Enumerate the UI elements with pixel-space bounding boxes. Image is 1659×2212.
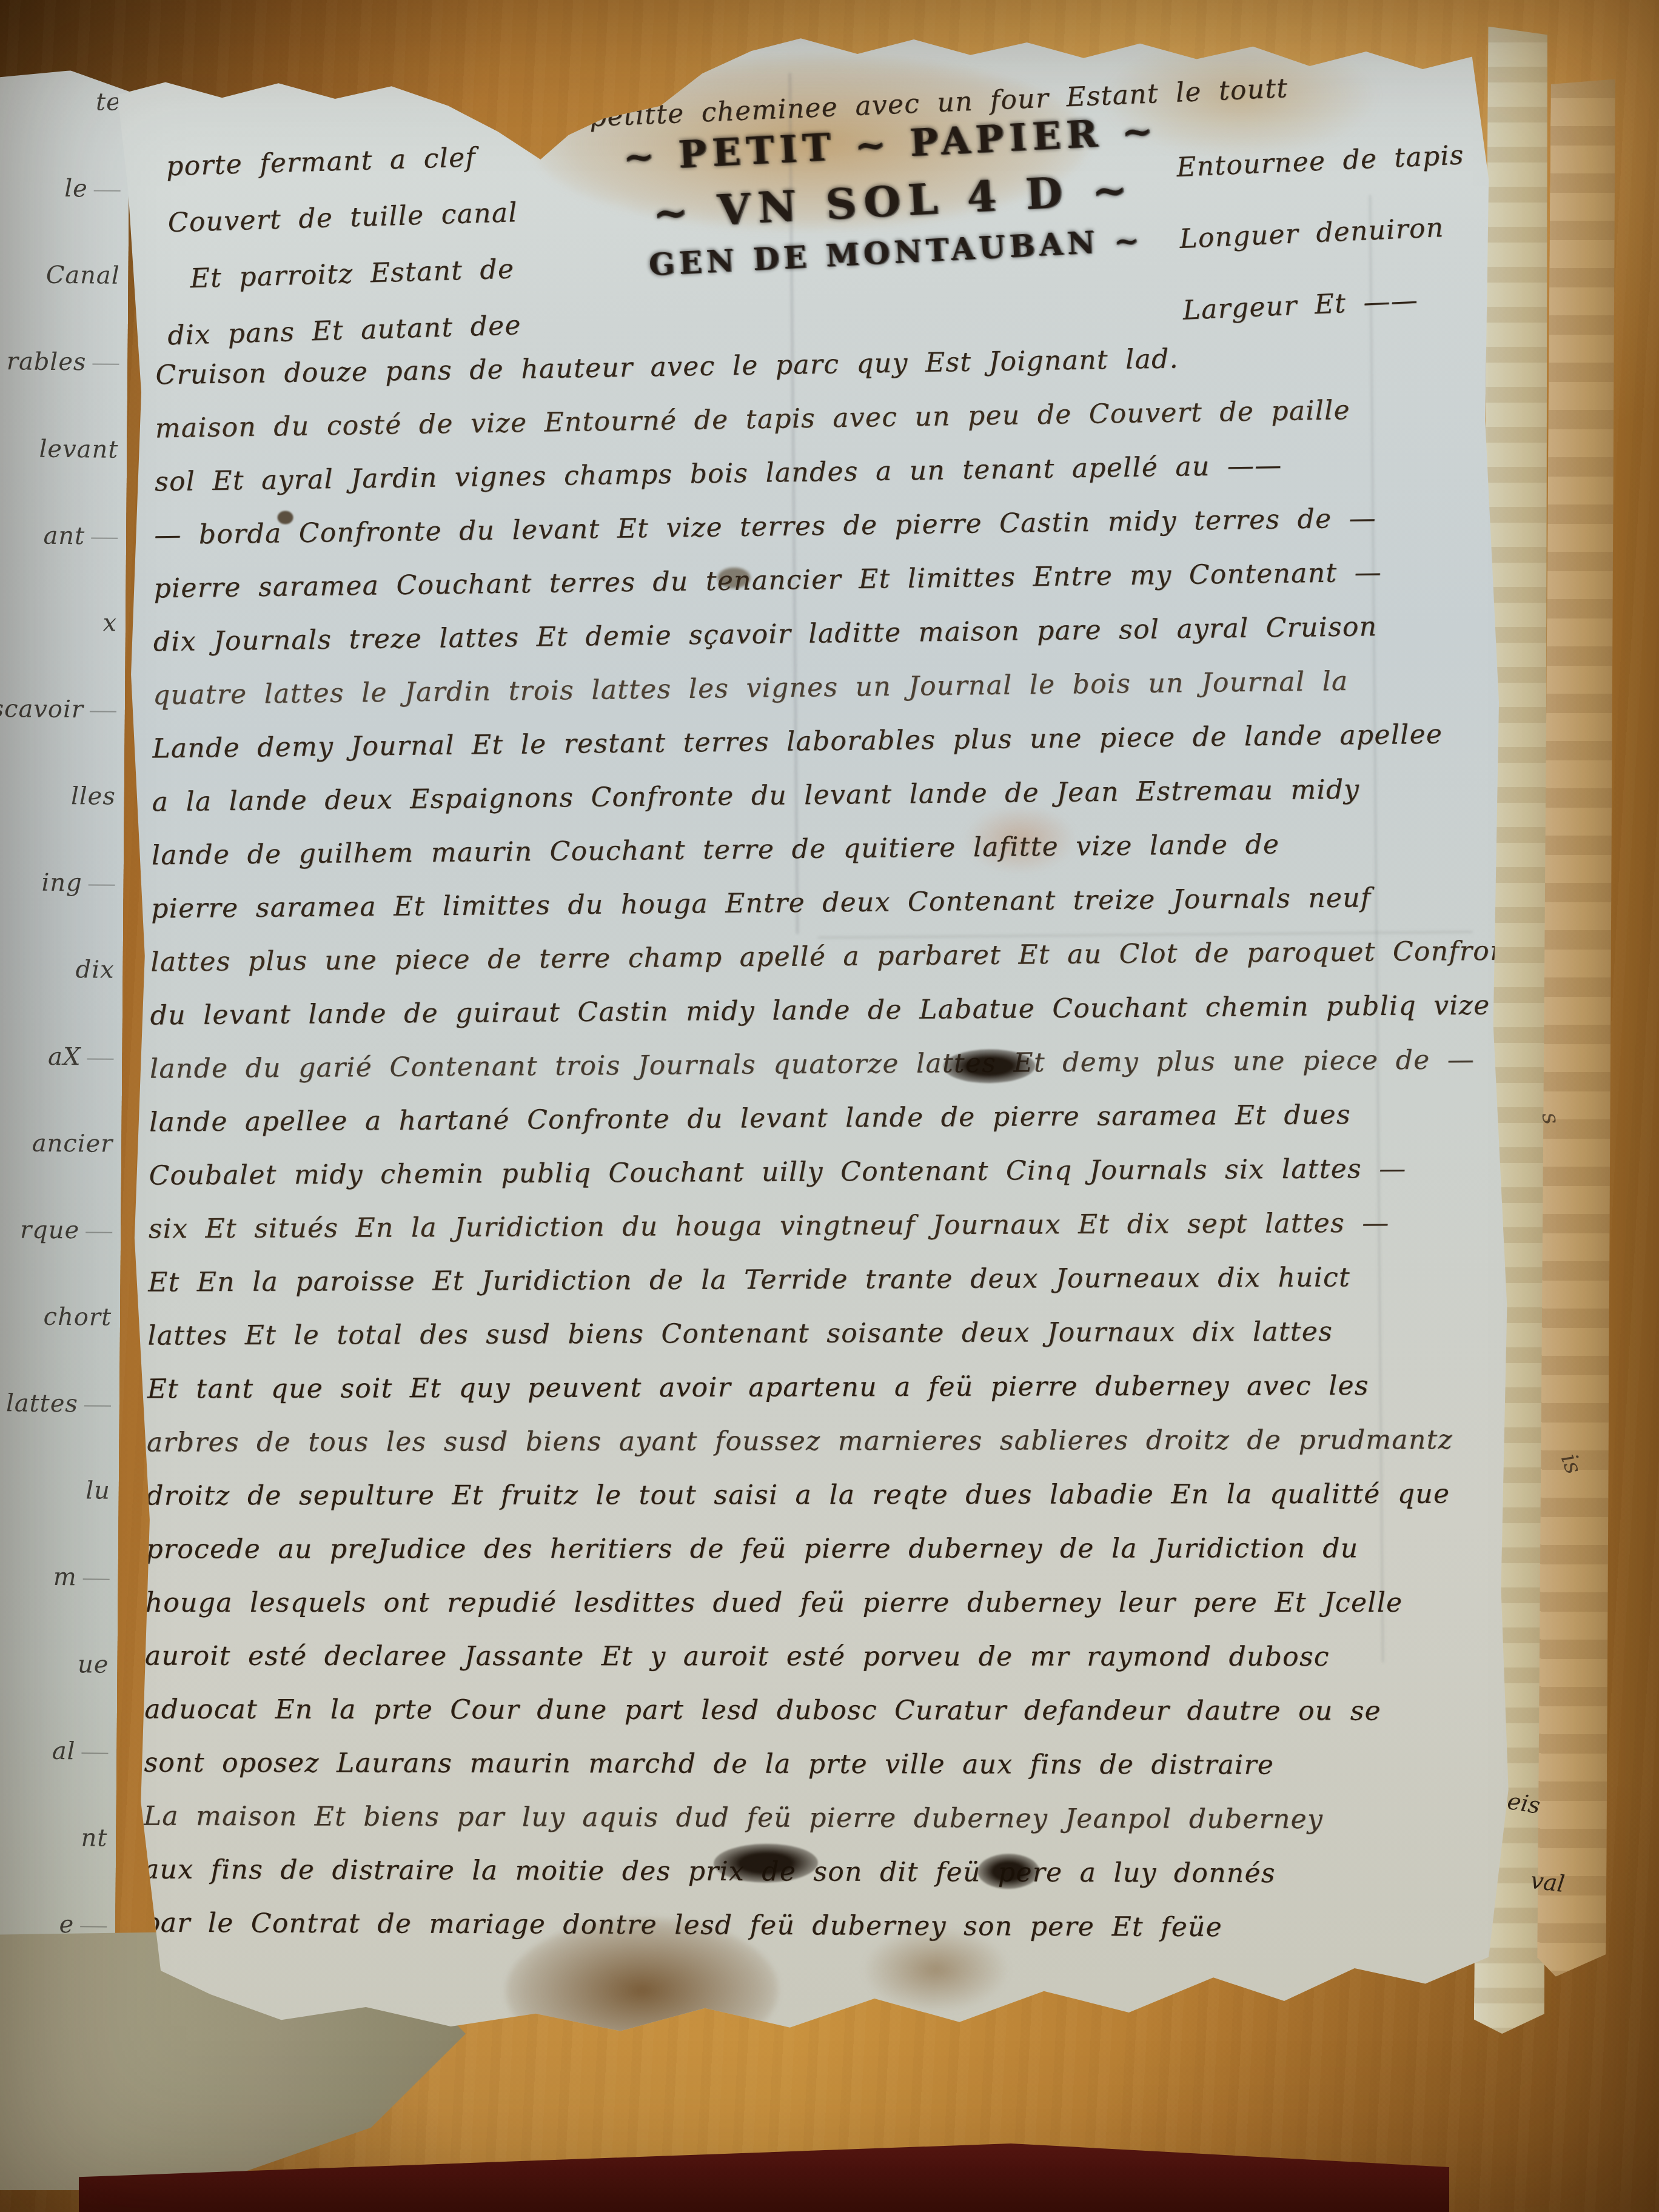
- manuscript-line: sol Et ayral Jardin vignes champs bois l…: [155, 449, 1540, 495]
- manuscript-line: aux fins de distraire la moitie des prix…: [143, 1857, 1529, 1888]
- right-edge-ink-fragment: val: [1529, 1867, 1566, 1898]
- underlying-left-page: teleCanalrableslevantantxscavoirllesingd…: [0, 70, 130, 1963]
- manuscript-line: maison du costé de vize Entourné de tapi…: [155, 394, 1540, 442]
- left-page-text-fragment: Canal: [46, 262, 120, 289]
- manuscript-line: Longuer denuiron: [1179, 213, 1468, 253]
- manuscript-line: pierre saramea Et limittes du houga Entr…: [151, 883, 1537, 923]
- manuscript-line: Et parroitz Estant de: [190, 256, 520, 292]
- manuscript-line: par le Contrat de mariage dontre lesd fe…: [142, 1910, 1528, 1943]
- manuscript-line: Et tant que soit Et quy peuvent avoir ap…: [147, 1372, 1533, 1403]
- manuscript-line: Largeur Et ——: [1182, 285, 1471, 324]
- manuscript-line: La maison Et biens par luy aquis dud feü…: [144, 1803, 1529, 1834]
- tax-stamp: ~ PETIT ~ PAPIER ~ ~ VN SOL 4 D ~ GEN DE…: [589, 107, 1196, 286]
- manuscript-line: Coubalet midy chemin publiq Couchant uil…: [149, 1155, 1534, 1190]
- right-edge-ink-fragment: eis: [1506, 1788, 1542, 1819]
- manuscript-line: dix Journals treze lattes Et demie sçavo…: [153, 612, 1539, 656]
- manuscript-line: lande du garié Contenant trois Journals …: [150, 1047, 1535, 1083]
- manuscript-line: dix pans Et autant dee: [167, 312, 522, 349]
- left-page-text-fragment: levant: [39, 435, 118, 463]
- left-page-text-fragment: te: [96, 89, 121, 115]
- manuscript-line: Entournee de tapis: [1176, 142, 1464, 181]
- manuscript-line: porte fermant a clef: [166, 143, 517, 180]
- manuscript-line: lande de guilhem maurin Couchant terre d…: [152, 829, 1537, 869]
- left-page-text-fragment: dix: [75, 957, 114, 984]
- manuscript-line: sont oposez Laurans maurin marchd de la …: [144, 1750, 1529, 1780]
- manuscript-line: auroit esté declaree Jassante Et y auroi…: [145, 1643, 1530, 1671]
- manuscript-line: quatre lattes le Jardin trois lattes les…: [153, 666, 1538, 709]
- left-page-text-fragment: ancier: [32, 1130, 113, 1157]
- manuscript-line: Couvert de tuille canal: [167, 199, 518, 236]
- manuscript-line: procede au preJudice des heritiers de fe…: [146, 1535, 1531, 1563]
- manuscript-line: lande apellee a hartané Confronte du lev…: [149, 1101, 1535, 1136]
- left-page-text-fragment: ue: [78, 1651, 109, 1678]
- manuscript-line: lattes Et le total des susd biens Conten…: [147, 1318, 1533, 1350]
- manuscript-line: arbres de tous les susd biens ayant fous…: [147, 1427, 1532, 1456]
- left-page-text-fragment: rque: [20, 1216, 113, 1244]
- manuscript-header-left-column: porte fermant a clefCouvert de tuille ca…: [166, 143, 523, 379]
- left-page-text-fragment: x: [102, 609, 117, 636]
- left-page-text-fragment: ant: [43, 523, 118, 550]
- left-page-text-fragment: m: [53, 1564, 110, 1591]
- manuscript-line: houga lesquels ont repudié lesdittes due…: [146, 1590, 1531, 1617]
- left-page-text-fragment: lu: [85, 1478, 110, 1504]
- manuscript-line: Et En la paroisse Et Juridiction de la T…: [148, 1264, 1533, 1296]
- manuscript-header-right-column: Entournee de tapisLonguer denuironLargeu…: [1176, 142, 1473, 369]
- manuscript-line: lattes plus une piece de terre champ ape…: [150, 937, 1536, 976]
- manuscript-page: une petitte cheminee avec un four Estant…: [95, 18, 1525, 2043]
- left-page-text-fragment: lles: [71, 783, 116, 810]
- manuscript-line: droitz de sepulture Et fruitz le tout sa…: [146, 1481, 1532, 1509]
- left-page-text-fragment: ing: [41, 870, 115, 897]
- left-page-text-fragment: aX: [48, 1043, 114, 1070]
- manuscript-body: Cruison douze pans de hauteur avec le pa…: [155, 350, 1555, 1963]
- left-page-text-fragment: scavoir: [0, 695, 116, 723]
- left-page-text-fragment: le: [64, 175, 121, 203]
- left-page-fragment-column: teleCanalrableslevantantxscavoirllesingd…: [0, 88, 121, 1938]
- left-page-text-fragment: chort: [43, 1304, 112, 1331]
- manuscript-line: six Et situés En la Juridiction du houga…: [149, 1209, 1534, 1242]
- manuscript-line: Lande demy Journal Et le restant terres …: [152, 720, 1538, 763]
- left-page-text-fragment: lattes: [6, 1390, 111, 1417]
- manuscript-line: — borda Confronte du levant Et vize terr…: [154, 503, 1540, 549]
- manuscript-line: pierre saramea Couchant terres du tenanc…: [153, 557, 1539, 602]
- manuscript-line: a la lande deux Espaignons Confronte du …: [152, 775, 1537, 816]
- left-page-text-fragment: nt: [81, 1825, 107, 1851]
- manuscript-line: du levant lande de guiraut Castin midy l…: [150, 992, 1536, 1030]
- manuscript-line: aduocat En la prte Cour dune part lesd d…: [144, 1697, 1530, 1725]
- left-page-text-fragment: rables: [7, 349, 119, 376]
- left-page-text-fragment: al: [52, 1738, 109, 1765]
